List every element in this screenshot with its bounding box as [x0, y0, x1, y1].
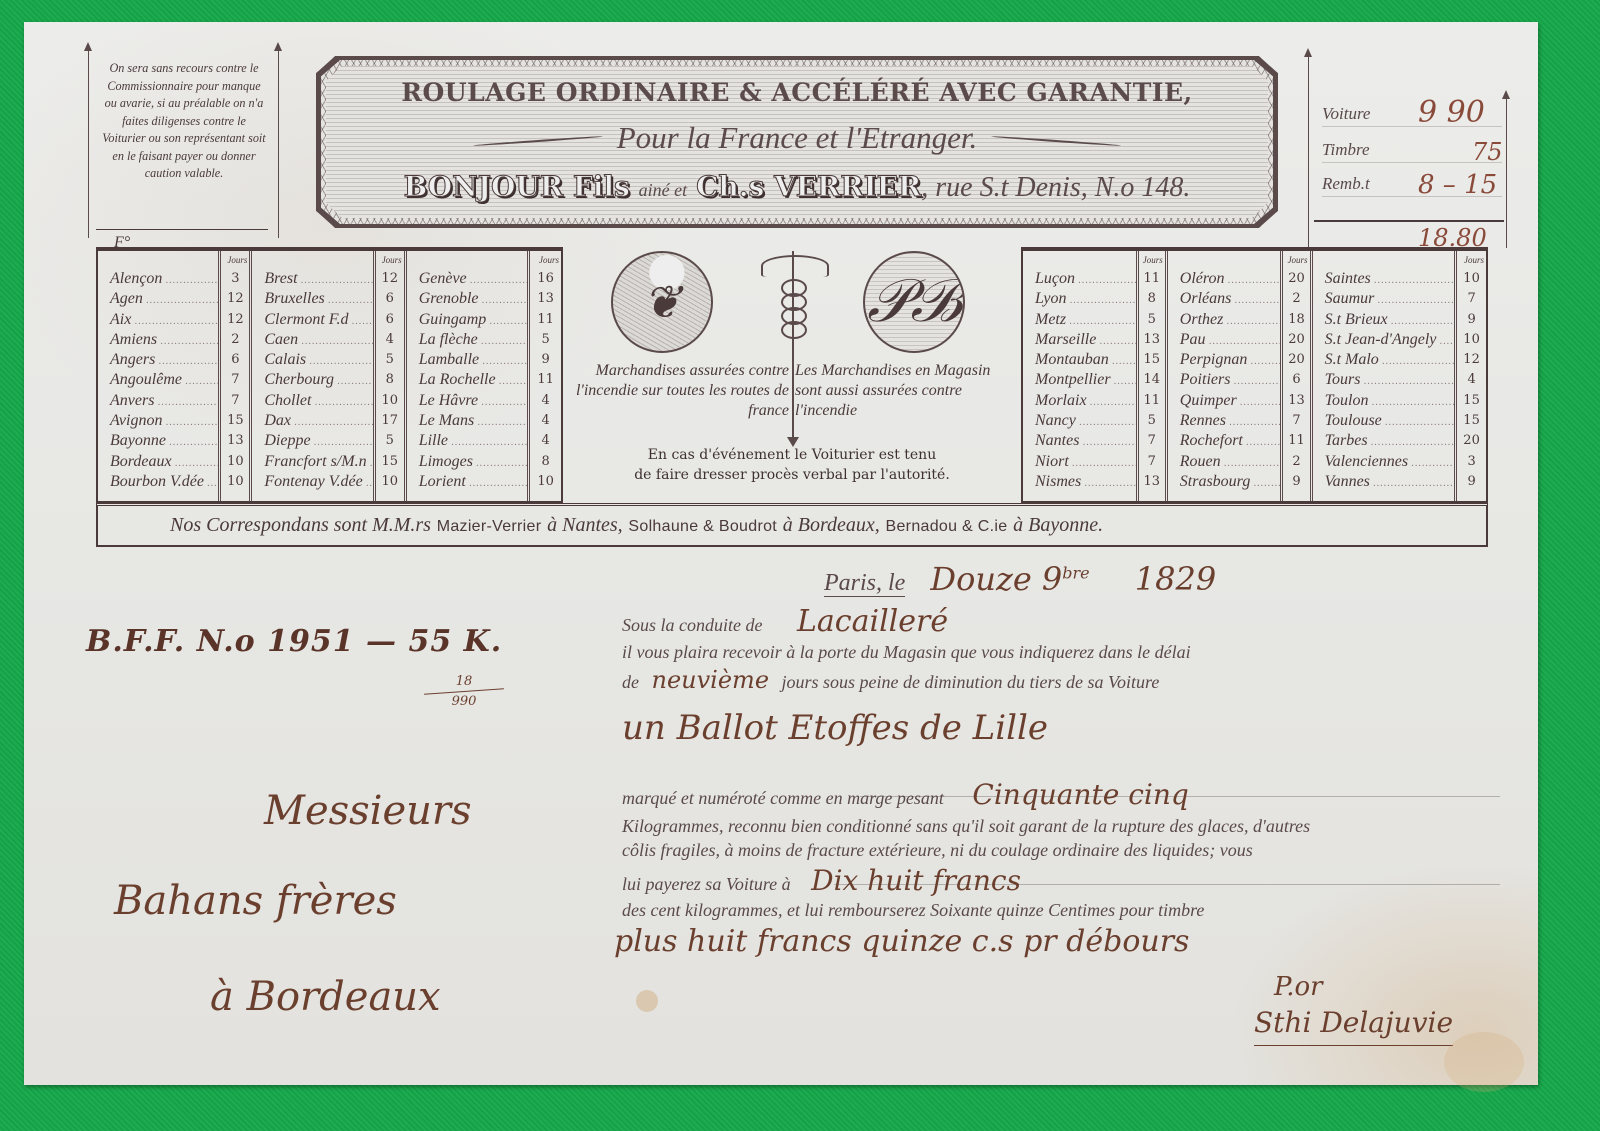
city: Toulouse [1313, 411, 1455, 431]
header-banner: ROULAGE ORDINAIRE & ACCÉLÉRÉ AVEC GARANT… [316, 56, 1278, 228]
flourish-icon [991, 135, 1121, 146]
city: La Rochelle [407, 370, 527, 390]
city: Nantes [1023, 431, 1136, 451]
recipient-city: à Bordeaux [210, 974, 441, 1020]
city: Montauban [1023, 350, 1136, 370]
days-column: Jours 1613115911444810 [530, 251, 561, 501]
company-line: BONJOUR Fils ainé et Ch.s VERRIER, rue S… [318, 170, 1276, 204]
insurance-routes-text: Marchandises assurées contre l'incendie … [569, 361, 789, 421]
days-column: Jours 11851315141157713 [1139, 251, 1168, 501]
city: Nismes [1023, 472, 1136, 492]
up-arrow-icon [1506, 96, 1507, 248]
carrier-line: Sous la conduite de Lacailleré [622, 604, 1502, 639]
destinations-frame: AlençonAgenAixAmiensAngersAngoulêmeAnver… [96, 247, 1488, 549]
weight-line: marqué et numéroté comme en marge pesant… [622, 778, 1502, 811]
city: Lyon [1023, 289, 1136, 309]
date-handwritten: Douze 9bre [930, 560, 1089, 598]
carrier-name: Lacailleré [797, 604, 948, 639]
weight-value: Cinquante cinq [972, 778, 1188, 811]
city: Saintes [1313, 269, 1455, 289]
city: S.t Brieux [1313, 310, 1455, 330]
days-header: Jours [1143, 255, 1163, 265]
shipment-reference: B.F.F. N.o 1951 — 55 K. [86, 624, 502, 659]
cost-row-timbre: Timbre 75 [1322, 132, 1502, 163]
city: Rochefort [1168, 431, 1281, 451]
header-subtitle: Pour la France et l'Etranger. [318, 120, 1276, 156]
timbre-line: des cent kilogrammes, et lui remboursere… [622, 900, 1502, 921]
days-header: Jours [227, 255, 247, 265]
phoenix-medallion-icon: ❦ [611, 251, 713, 353]
recipient-name: Bahans frères [114, 878, 397, 924]
cost-row-voiture: Voiture 9 90 [1322, 96, 1502, 127]
city: Niort [1023, 452, 1136, 472]
city: Luçon [1023, 269, 1136, 289]
city-column: LuçonLyonMetzMarseilleMontaubanMontpelli… [1023, 251, 1139, 501]
city: Bayonne [98, 431, 218, 451]
city: Morlaix [1023, 391, 1136, 411]
delay-days: neuvième [652, 666, 770, 694]
city: Agen [98, 289, 218, 309]
city-column: BrestBruxellesClermont F.dCaenCalaisCher… [252, 251, 375, 501]
city: Rouen [1168, 452, 1281, 472]
event-notice: En cas d'événement le Voiturier est tenu… [563, 445, 1021, 485]
city: Limoges [407, 452, 527, 472]
fragile-line: côlis fragiles, à moins de fracture exté… [622, 840, 1502, 861]
goods-description: un Ballot Etoffes de Lille [622, 708, 1048, 748]
correspondents-text: Nos Correspondans sont M.M.rs Mazier-Ver… [170, 514, 1103, 537]
signature: P.or Sthi Delajuvie [1254, 972, 1453, 1046]
center-emblems: ❦ 𝒫ℬ Marchandises assurées contre l'ince… [563, 249, 1021, 503]
city: Saumur [1313, 289, 1455, 309]
days-header: Jours [382, 255, 402, 265]
city: Amiens [98, 330, 218, 350]
city: Perpignan [1168, 350, 1281, 370]
days-column: Jours 1266458101751510 [376, 251, 407, 501]
city: Tarbes [1313, 431, 1455, 451]
city: Orléans [1168, 289, 1281, 309]
city: Francfort s/M.n [252, 452, 372, 472]
city: Rennes [1168, 411, 1281, 431]
city: Grenoble [407, 289, 527, 309]
days-header: Jours [1464, 255, 1484, 265]
cost-summary: Voiture 9 90 Timbre 75 Remb.t 8 – 15 18.… [1308, 48, 1508, 248]
city: Marseille [1023, 330, 1136, 350]
city: Alençon [98, 269, 218, 289]
city: Toulon [1313, 391, 1455, 411]
city: Aix [98, 310, 218, 330]
paper-stain [636, 990, 658, 1012]
cost-row-remboursement: Remb.t 8 – 15 [1322, 166, 1502, 197]
days-column: Jours 20218202061371129 [1283, 251, 1312, 501]
recipient-salutation: Messieurs [264, 788, 472, 834]
extra-charges: plus huit francs quinze c.s pr débours [614, 924, 1189, 959]
city: Dieppe [252, 431, 372, 451]
total-divider [1314, 220, 1504, 222]
city: S.t Malo [1313, 350, 1455, 370]
company-name-2: Ch.s VERRIER [696, 170, 921, 203]
city: S.t Jean-d'Angely [1313, 330, 1455, 350]
city: Dax [252, 411, 372, 431]
city: Bordeaux [98, 452, 218, 472]
receive-line: il vous plaira recevoir à la porte du Ma… [622, 642, 1502, 663]
city: Poitiers [1168, 370, 1281, 390]
city: Angers [98, 350, 218, 370]
divider [96, 229, 268, 230]
liability-notice: On sera sans recours contre le Commissio… [88, 44, 278, 254]
extra-line: plus huit francs quinze c.s pr débours [614, 924, 1494, 959]
city: La flèche [407, 330, 527, 350]
flourish-icon [473, 135, 603, 146]
city: Pau [1168, 330, 1281, 350]
city: Le Hâvre [407, 391, 527, 411]
price-line: lui payerez sa Voiture à Dix huit francs [622, 864, 1502, 897]
city: Angoulême [98, 370, 218, 390]
city: Brest [252, 269, 372, 289]
city: Guingamp [407, 310, 527, 330]
city: Metz [1023, 310, 1136, 330]
city: Calais [252, 350, 372, 370]
city: Nancy [1023, 411, 1136, 431]
city: Fontenay V.dée [252, 472, 372, 492]
date-prefix: Paris, le [824, 570, 905, 597]
city: Montpellier [1023, 370, 1136, 390]
city: Orthez [1168, 310, 1281, 330]
up-arrow-icon [278, 48, 279, 238]
days-column: Jours 31212267715131010 [221, 251, 252, 501]
city-column: AlençonAgenAixAmiensAngersAngoulêmeAnver… [98, 251, 221, 501]
destinations-table-right: LuçonLyonMetzMarseilleMontaubanMontpelli… [1021, 249, 1488, 503]
city: Anvers [98, 391, 218, 411]
city: Avignon [98, 411, 218, 431]
company-name-1: BONJOUR Fils [404, 170, 630, 203]
delay-line: de neuvième jours sous peine de diminuti… [622, 666, 1502, 694]
city: Valenciennes [1313, 452, 1455, 472]
goods-line: un Ballot Etoffes de Lille [622, 708, 1502, 748]
paper-stain [1444, 1032, 1524, 1092]
city-column: OléronOrléansOrthezPauPerpignanPoitiersQ… [1168, 251, 1284, 501]
city: Vannes [1313, 472, 1455, 492]
city: Quimper [1168, 391, 1281, 411]
city-column: SaintesSaumurS.t BrieuxS.t Jean-d'Angely… [1313, 251, 1458, 501]
city: Tours [1313, 370, 1455, 390]
insurance-warehouse-text: Les Marchandises en Magasin sont aussi a… [795, 361, 1015, 421]
date-line: Paris, le Douze 9bre 1829 [824, 560, 1216, 598]
up-arrow-icon [88, 48, 89, 238]
city: Caen [252, 330, 372, 350]
header-title: ROULAGE ORDINAIRE & ACCÉLÉRÉ AVEC GARANT… [318, 78, 1276, 107]
kilo-line: Kilogrammes, reconnu bien conditionné sa… [622, 816, 1502, 837]
days-header: Jours [539, 255, 559, 265]
city-column: GenèveGrenobleGuingampLa flècheLamballeL… [407, 251, 530, 501]
city: Clermont F.d [252, 310, 372, 330]
city: Genève [407, 269, 527, 289]
price-value: Dix huit francs [811, 864, 1021, 897]
city: Cherbourg [252, 370, 372, 390]
reference-fraction: 18 990 [424, 674, 504, 709]
company-address: , rue S.t Denis, N.o 148. [921, 172, 1190, 203]
city: Le Mans [407, 411, 527, 431]
pb-monogram-icon: 𝒫ℬ [863, 251, 965, 353]
destinations-table-left: AlençonAgenAixAmiensAngersAngoulêmeAnver… [96, 249, 563, 503]
city: Lille [407, 431, 527, 451]
up-arrow-icon [1308, 54, 1309, 248]
date-year: 1829 [1135, 560, 1216, 598]
days-header: Jours [1288, 255, 1308, 265]
city: Bourbon V.dée [98, 472, 218, 492]
city: Bruxelles [252, 289, 372, 309]
city: Strasbourg [1168, 472, 1281, 492]
city: Lorient [407, 472, 527, 492]
notice-text: On sera sans recours contre le Commissio… [100, 60, 268, 183]
correspondents-bar: Nos Correspondans sont M.M.rs Mazier-Ver… [96, 503, 1488, 547]
city: Chollet [252, 391, 372, 411]
city: Oléron [1168, 269, 1281, 289]
city: Lamballe [407, 350, 527, 370]
days-column: Jours 10791012415152039 [1457, 251, 1486, 501]
waybill-document: On sera sans recours contre le Commissio… [24, 22, 1538, 1085]
